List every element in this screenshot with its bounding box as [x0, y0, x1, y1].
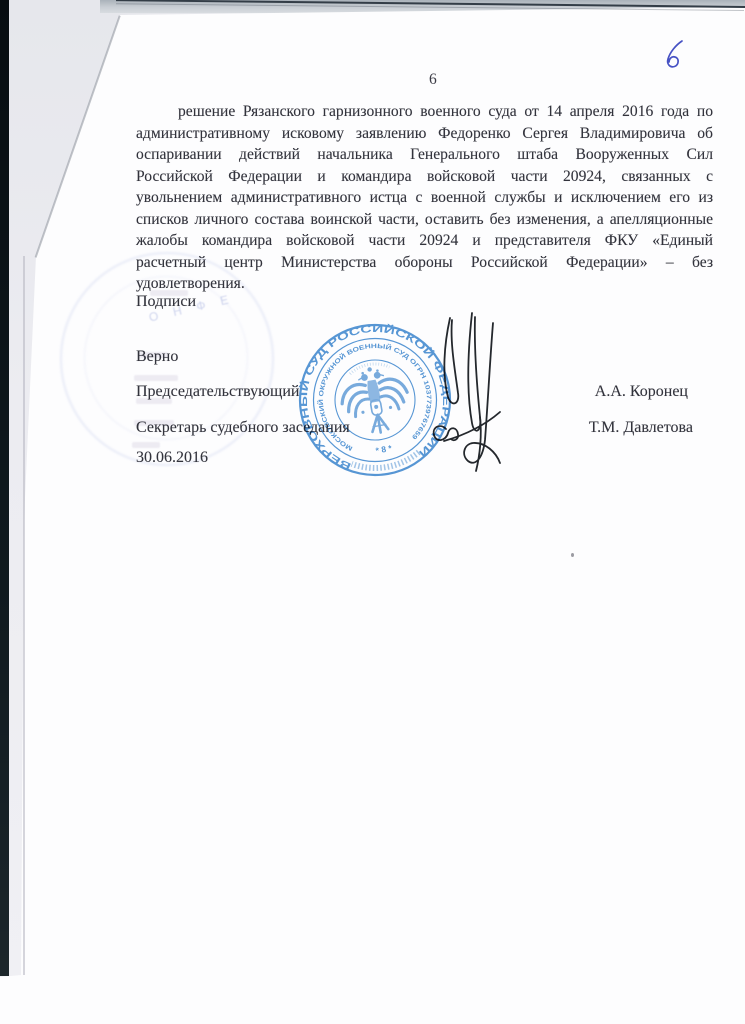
bleed-artifact [134, 375, 178, 381]
signatures-heading: Подписи [136, 293, 196, 311]
presiding-judge-name: А.А. Коронец [595, 383, 688, 401]
paragraph-line: Российской Федерации и командира войсков… [136, 166, 713, 188]
scan-dust-speck [571, 553, 574, 557]
paragraph-line: административному исковому заявлению Фед… [136, 123, 713, 145]
signature-stroke [444, 318, 458, 403]
certified-label: Верно [136, 348, 178, 366]
page-left-edge [23, 256, 25, 975]
handwritten-page-number [662, 38, 688, 70]
ruling-paragraph: решение Рязанского гарнизонного военного… [136, 101, 713, 295]
stamp-bottom-mark: * 8 * [375, 443, 393, 456]
secretary-name: Т.М. Давлетова [589, 419, 693, 437]
bleed-artifact [132, 442, 160, 448]
scanned-court-document: О Н Ф Е 6 решение Рязанского гарнизонног… [0, 0, 745, 1024]
signature-stroke [468, 313, 480, 431]
paragraph-line: увольнением административного истца с во… [136, 187, 713, 209]
double-headed-eagle-emblem [337, 362, 413, 439]
presiding-judge-label: Председательствующий [136, 383, 299, 401]
paragraph-line: оспаривании действий начальника Генераль… [136, 144, 713, 166]
paragraph-line: решение Рязанского гарнизонного военного… [136, 101, 713, 123]
paragraph-line: списков личного состава воинской части, … [136, 209, 713, 231]
paragraph-line: удовлетворения. [136, 273, 713, 295]
certification-date: 30.06.2016 [136, 449, 208, 467]
paragraph-line: расчетный центр Министерства обороны Рос… [136, 252, 713, 274]
handwritten-six-stroke [668, 41, 682, 67]
stamp-bottom-ornament [352, 452, 421, 473]
paragraph-line: жалобы командира войсковой части 20924 и… [136, 230, 713, 252]
handwritten-signature [430, 305, 540, 480]
page-number: 6 [429, 71, 437, 89]
scanner-edge-strip [0, 0, 9, 976]
